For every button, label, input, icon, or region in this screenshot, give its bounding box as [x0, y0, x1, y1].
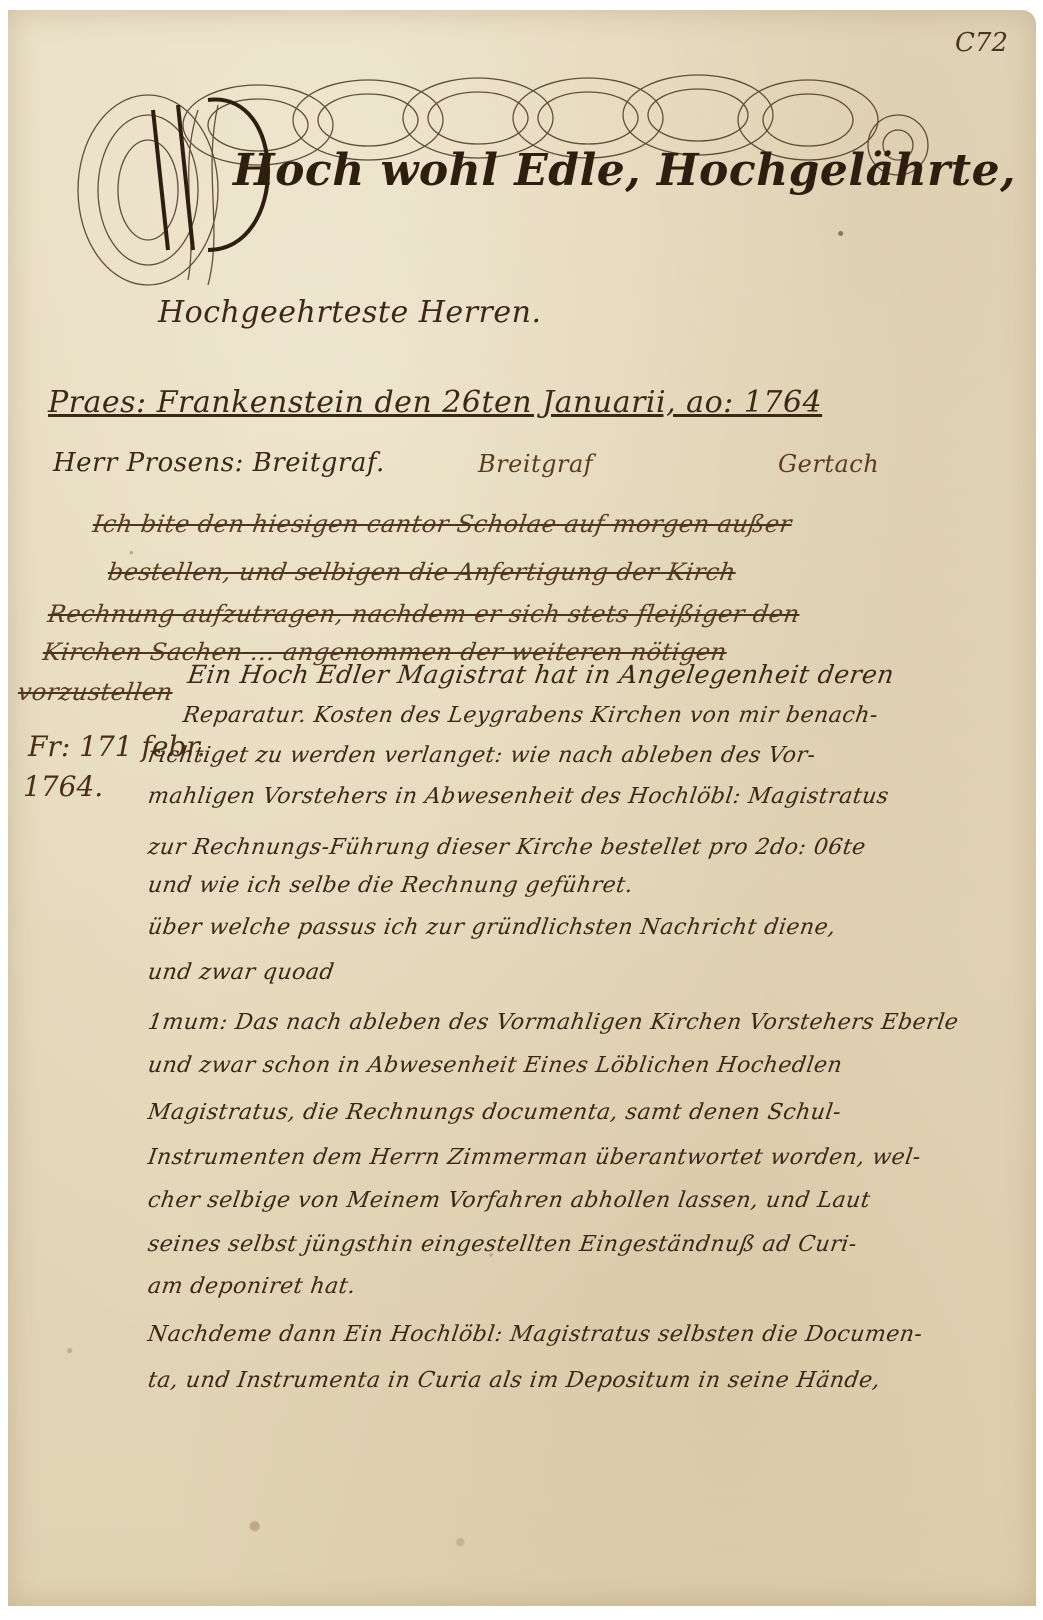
annotation-extra: Gertach [778, 450, 879, 478]
body-line: ta, und Instrumenta in Curia als im Depo… [146, 1368, 882, 1393]
body-line: Magistratus, die Rechnungs documenta, sa… [146, 1100, 842, 1125]
body-line: am deponiret hat. [146, 1274, 357, 1299]
body-line: cher selbige von Meinem Vorfahren abholl… [146, 1188, 872, 1213]
body-line: und wie ich selbe die Rechnung geführet. [146, 873, 635, 898]
present-line: Herr Prosens: Breitgraf. [53, 448, 385, 478]
body-line: und zwar quoad [146, 960, 336, 985]
body-line: Reparatur. Kosten des Leygrabens Kirchen… [181, 703, 879, 728]
body-line: Ein Hoch Edler Magistrat hat in Angelege… [186, 660, 896, 689]
crossed-out-line: Rechnung aufzutragen, nachdem er sich st… [46, 600, 801, 628]
body-line: Nachdeme dann Ein Hochlöbl: Magistratus … [146, 1322, 924, 1347]
body-line: mahligen Vorstehers in Abwesenheit des H… [146, 784, 890, 809]
place-date-line: Praes: Frankenstein den 26ten Januarii, … [48, 385, 822, 420]
body-line: Instrumenten dem Herrn Zimmerman überant… [146, 1145, 922, 1170]
manuscript-page: C72 Hoch wohl Ed [8, 10, 1036, 1606]
salutation-line-2: Hochgeehrteste Herren. [158, 295, 541, 330]
body-line: zur Rechnungs-Führung dieser Kirche best… [146, 835, 867, 860]
crossed-out-line: bestellen, und selbigen die Anfertigung … [106, 558, 738, 586]
folio-number: C72 [955, 28, 1008, 58]
annotation-name: Breitgraf [478, 450, 593, 478]
margin-note-year: 1764. [23, 770, 103, 803]
body-line: über welche passus ich zur gründlichsten… [146, 915, 837, 940]
body-line: seines selbst jüngsthin eingestellten Ei… [146, 1232, 858, 1257]
body-line: und zwar schon in Abwesenheit Eines Löbl… [146, 1053, 844, 1078]
body-line: richtiget zu werden verlanget: wie nach … [146, 743, 817, 768]
crossed-out-line: Ich bite den hiesigen cantor Scholae auf… [91, 510, 794, 538]
salutation-line-1: Hoch wohl Edle, Hochgelährte, [233, 145, 1016, 196]
crossed-out-line: vorzustellen [16, 678, 175, 706]
body-line: 1mum: Das nach ableben des Vormahligen K… [146, 1010, 960, 1035]
